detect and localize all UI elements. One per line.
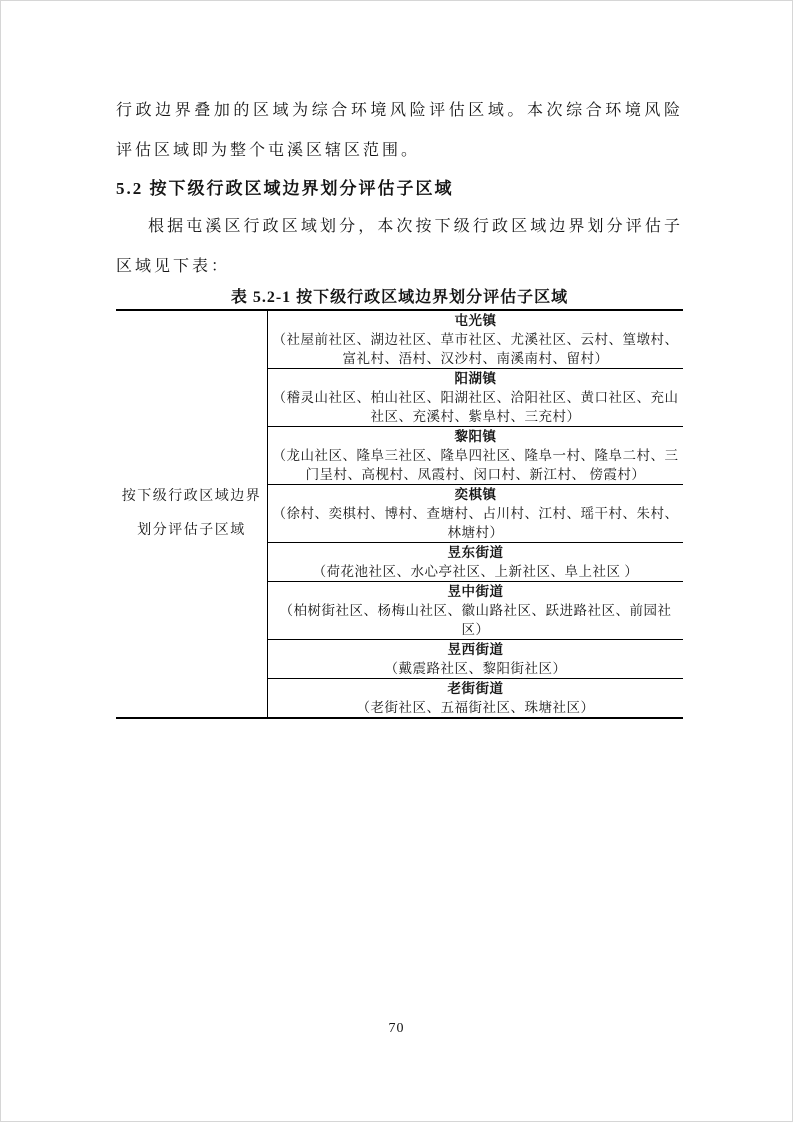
table-cell: 昱中街道 （柏树街社区、杨梅山社区、徽山路社区、跃进路社区、前园社区） [268, 582, 684, 640]
table-cell: 老街街道 （老街社区、五福街社区、珠塘社区） [268, 679, 684, 719]
town-name: 屯光镇 [272, 311, 679, 330]
row-header-line: 按下级行政区域边界 [120, 480, 263, 514]
member-list: （荷花池社区、水心亭社区、上新社区、阜上社区 ） [272, 562, 679, 581]
member-list: （社屋前社区、湖边社区、草市社区、尤溪社区、云村、篁墩村、富礼村、浯村、汉沙村、… [272, 330, 679, 368]
member-list: （老街社区、五福街社区、珠塘社区） [272, 698, 679, 717]
paragraph-continuation: 行政边界叠加的区域为综合环境风险评估区域。本次综合环境风险评估区域即为整个屯溪区… [116, 91, 683, 171]
member-list: （柏树街社区、杨梅山社区、徽山路社区、跃进路社区、前园社区） [272, 601, 679, 639]
row-header-line: 划分评估子区域 [120, 514, 263, 548]
table-cell: 昱西街道 （戴震路社区、黎阳街社区） [268, 640, 684, 679]
paragraph: 根据屯溪区行政区域划分，本次按下级行政区域边界划分评估子区域见下表： [116, 207, 683, 287]
member-list: （稽灵山社区、柏山社区、阳湖社区、洽阳社区、黄口社区、充山社区、充溪村、紫阜村、… [272, 388, 679, 426]
town-name: 昱东街道 [272, 543, 679, 562]
table-row-header: 按下级行政区域边界 划分评估子区域 [116, 310, 268, 718]
town-name: 昱中街道 [272, 582, 679, 601]
subregions-table: 按下级行政区域边界 划分评估子区域 屯光镇 （社屋前社区、湖边社区、草市社区、尤… [116, 309, 683, 719]
table-cell: 昱东街道 （荷花池社区、水心亭社区、上新社区、阜上社区 ） [268, 543, 684, 582]
table-cell: 奕棋镇 （徐村、奕棋村、博村、查塘村、占川村、江村、瑶干村、朱村、林塘村） [268, 485, 684, 543]
member-list: （戴震路社区、黎阳街社区） [272, 659, 679, 678]
member-list: （徐村、奕棋村、博村、查塘村、占川村、江村、瑶干村、朱村、林塘村） [272, 504, 679, 542]
town-name: 昱西街道 [272, 640, 679, 659]
town-name: 黎阳镇 [272, 427, 679, 446]
page-content: 行政边界叠加的区域为综合环境风险评估区域。本次综合环境风险评估区域即为整个屯溪区… [116, 91, 683, 719]
town-name: 老街街道 [272, 679, 679, 698]
table-cell: 黎阳镇 （龙山社区、隆阜三社区、隆阜四社区、隆阜一村、隆阜二村、三门呈村、高枧村… [268, 427, 684, 485]
town-name: 奕棋镇 [272, 485, 679, 504]
town-name: 阳湖镇 [272, 369, 679, 388]
document-page: 行政边界叠加的区域为综合环境风险评估区域。本次综合环境风险评估区域即为整个屯溪区… [0, 0, 793, 1122]
table-cell: 阳湖镇 （稽灵山社区、柏山社区、阳湖社区、洽阳社区、黄口社区、充山社区、充溪村、… [268, 369, 684, 427]
table-caption: 表 5.2-1 按下级行政区域边界划分评估子区域 [116, 287, 683, 309]
member-list: （龙山社区、隆阜三社区、隆阜四社区、隆阜一村、隆阜二村、三门呈村、高枧村、凤霞村… [272, 446, 679, 484]
table-cell: 屯光镇 （社屋前社区、湖边社区、草市社区、尤溪社区、云村、篁墩村、富礼村、浯村、… [268, 310, 684, 369]
section-heading: 5.2 按下级行政区域边界划分评估子区域 [116, 171, 683, 207]
page-number: 70 [1, 1021, 792, 1037]
table-row: 按下级行政区域边界 划分评估子区域 屯光镇 （社屋前社区、湖边社区、草市社区、尤… [116, 310, 683, 369]
